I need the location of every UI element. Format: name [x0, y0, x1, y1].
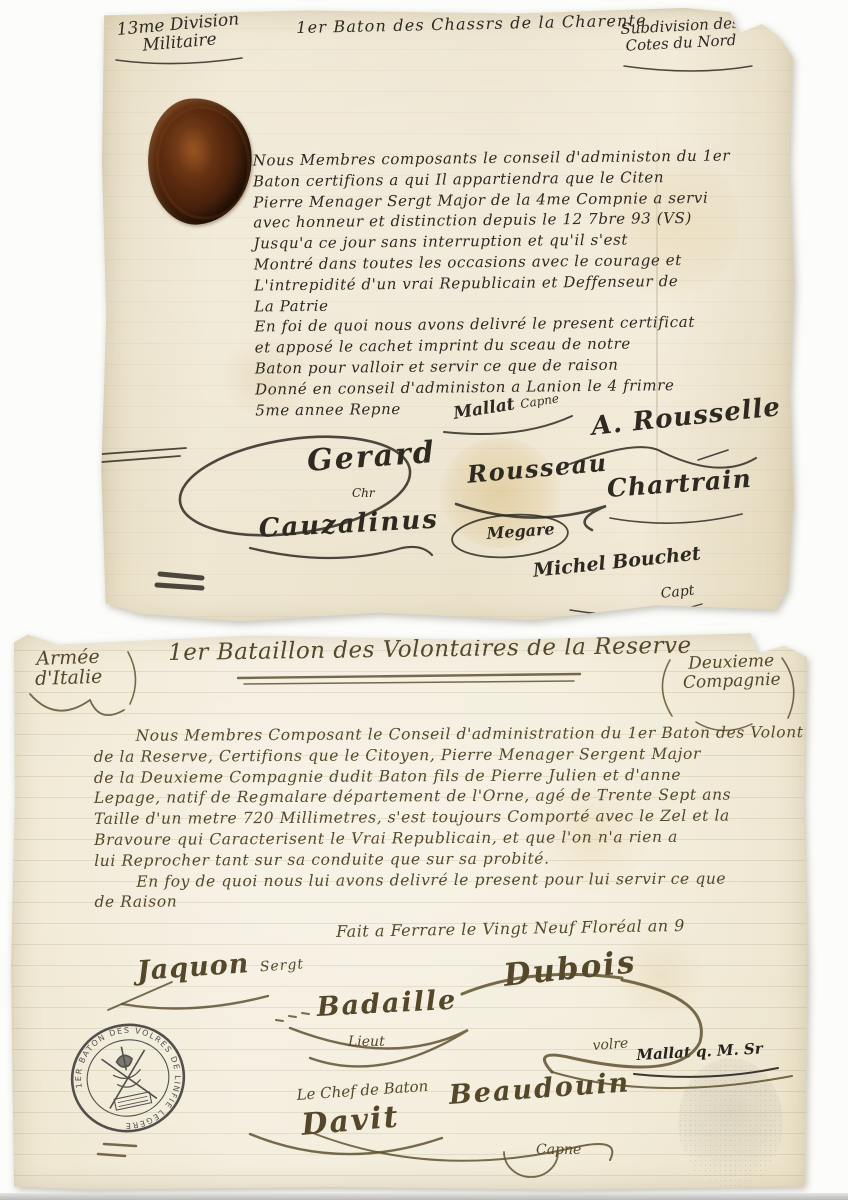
- signature-dubois: Dubois: [502, 944, 638, 994]
- certificate-body-text: Nous Membres composants le conseil d'adm…: [253, 146, 733, 421]
- header-armee-line2: d'Italie: [35, 666, 103, 690]
- stamp-banner: [114, 1092, 152, 1110]
- header-armee-italie: Armée d'Italie: [34, 646, 103, 690]
- paraph-gerard-entry: [102, 448, 186, 462]
- signature-name: Michel Bouchet: [532, 542, 702, 581]
- paren-armee: [128, 652, 136, 704]
- paraph-bouchet: [570, 604, 702, 615]
- signature-title: Sergt: [259, 956, 304, 975]
- signature-beaudouin: Beaudouin: [448, 1067, 631, 1111]
- dots-badaille: [276, 1013, 309, 1021]
- ghost-stamp-smudge: [678, 1058, 783, 1188]
- signature-gerard: Gerard: [306, 435, 437, 479]
- smudge-speckle: [678, 1058, 783, 1188]
- signature-gerard-title: Chr: [352, 486, 375, 500]
- stamp-legend-text: 1ER BATON DES VOLRES DE LINFIE LEGERE: [66, 1020, 190, 1136]
- underline-chartrain: [610, 514, 742, 523]
- scanner-edge: [0, 1193, 848, 1200]
- paraph-cauzalinus: [250, 547, 432, 558]
- header-center: 1er Baton des Chassrs de la Charente: [296, 11, 647, 37]
- signature-badaille: Badaille: [316, 985, 458, 1023]
- signature-chartrain: Chartrain: [606, 464, 753, 503]
- signature-cauzalinus: Cauzalinus: [258, 505, 440, 544]
- signature-bouchet-title: Capt: [660, 582, 695, 601]
- paren-compagnie-right: [782, 658, 794, 718]
- scanned-documents: 13me Division Militaire 1er Baton des Ch…: [0, 0, 848, 1200]
- title-underline: [238, 674, 580, 678]
- header-underline: [116, 58, 242, 64]
- body-line: Nous Membres Composant le Conseil d'admi…: [94, 722, 830, 747]
- signature-badaille-title: Lieut: [348, 1034, 385, 1050]
- brace-armee: [30, 694, 124, 715]
- wax-seal: [142, 93, 259, 229]
- ink-dashes: [157, 574, 202, 588]
- body-line: Taille d'un metre 720 Millimetres, s'est…: [94, 805, 830, 830]
- dashes-davit: [98, 1144, 136, 1156]
- header-compagnie: Deuxieme Compagnie: [682, 651, 781, 693]
- body-line: En foy de quoi nous lui avons delivré le…: [94, 868, 830, 893]
- eagle-flags-motif: [98, 1042, 158, 1112]
- certificate-body-text: Nous Membres Composant le Conseil d'admi…: [94, 722, 831, 913]
- body-line: de Raison: [94, 888, 830, 913]
- signature-rousseau: Rousseau: [466, 448, 609, 489]
- signature-davit: Davit: [300, 1099, 401, 1142]
- document-top-paper: 13me Division Militaire 1er Baton des Ch…: [100, 8, 797, 625]
- document-title: 1er Bataillon des Volontaires de la Rese…: [168, 633, 692, 666]
- signature-bouchet: Michel Bouchet: [532, 542, 702, 581]
- document-bottom: Armée d'Italie 1er Bataillon des Volonta…: [10, 630, 810, 1192]
- document-top: 13me Division Militaire 1er Baton des Ch…: [100, 8, 797, 625]
- header-left: 13me Division Militaire: [116, 9, 242, 58]
- paren-compagnie-left: [662, 660, 672, 716]
- signature-beaudouin-title: Capne: [536, 1142, 581, 1158]
- underline-jaquon: [122, 996, 268, 1009]
- date-place-line: Fait a Ferrare le Vingt Neuf Floréal an …: [336, 916, 685, 941]
- svg-text:1ER BATON DES VOLRES DE LINFIE: 1ER BATON DES VOLRES DE LINFIE LEGERE: [66, 1020, 190, 1136]
- document-bottom-paper: Armée d'Italie 1er Bataillon des Volonta…: [10, 630, 810, 1192]
- paraph-rousselle-cross: [698, 450, 728, 460]
- battalion-ink-stamp: 1ER BATON DES VOLRES DE LINFIE LEGERE: [66, 1020, 190, 1136]
- signature-megare: Megare: [486, 519, 555, 543]
- signature-name: Jaquon: [136, 948, 250, 987]
- signature-jaquon: Jaquon Sergt: [136, 944, 305, 987]
- title-underline: [244, 681, 574, 684]
- header-compagnie-line2: Compagnie: [683, 670, 781, 693]
- header-underline: [624, 66, 752, 71]
- chef-de-bataillon-label: Le Chef de Baton: [296, 1077, 429, 1104]
- signature-dubois-title: volre: [592, 1036, 629, 1054]
- header-right: Subdivision des Cotes du Nord: [620, 14, 741, 55]
- stamp-outer-ring: [66, 1020, 190, 1136]
- stamp-inner-ring: [80, 1032, 176, 1123]
